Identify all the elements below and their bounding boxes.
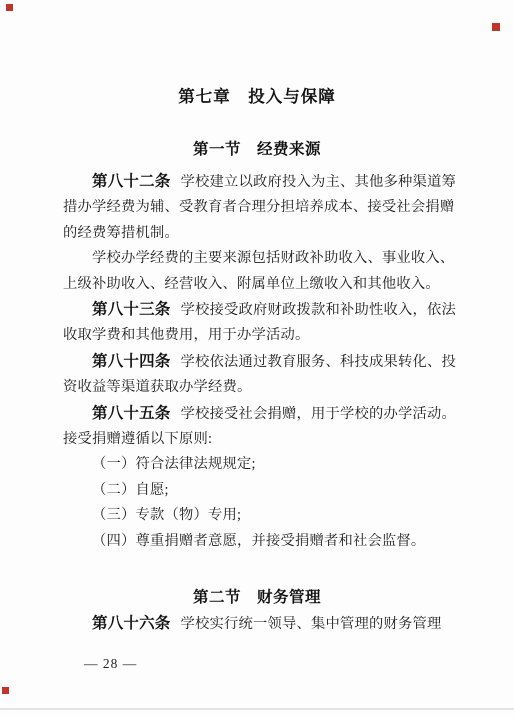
article-number: 第八十六条 [92, 615, 171, 632]
body-line: 第八十二条学校建立以政府投入为主、其他多种渠道筹 [63, 169, 458, 195]
line-text: 学校接受社会捐赠，用于学校的办学活动。 [181, 406, 456, 422]
line-text: 学校建立以政府投入为主、其他多种渠道筹 [181, 174, 456, 190]
red-scan-mark [6, 4, 13, 11]
body-line: 资收益等渠道获取办学经费。 [63, 375, 458, 400]
line-text: 学校办学经费的主要来源包括财政补助收入、事业收入、 [92, 250, 454, 266]
body-line: （三）专款（物）专用; [63, 503, 458, 528]
body-line: 第八十三条学校接受政府财政拨款和补助性收入，依法 [63, 297, 458, 323]
document-page: 第七章 投入与保障 第一节 经费来源 第八十二条学校建立以政府投入为主、其他多种… [0, 0, 514, 716]
line-text: （二）自愿; [92, 482, 169, 498]
body-text-block: 第八十二条学校建立以政府投入为主、其他多种渠道筹 措办学经费为辅、受教育者合理分… [63, 169, 458, 554]
section-heading-1: 第一节 经费来源 [0, 140, 514, 160]
body-line: （四）尊重捐赠者意愿，并接受捐赠者和社会监督。 [63, 529, 458, 554]
line-text: 资收益等渠道获取办学经费。 [63, 379, 251, 395]
line-text: （三）专款（物）专用; [92, 507, 241, 523]
page-number: — 28 — [84, 656, 137, 672]
body-line: （二）自愿; [63, 478, 458, 503]
line-text: 学校实行统一领导、集中管理的财务管理 [181, 616, 442, 632]
line-text: （四）尊重捐赠者意愿，并接受捐赠者和社会监督。 [92, 533, 425, 549]
red-scan-mark [492, 23, 500, 31]
line-text: 学校依法通过教育服务、科技成果转化、投 [181, 354, 456, 370]
line-text: 接受捐赠遵循以下原则: [63, 431, 212, 447]
body-line: 收取学费和其他费用，用于办学活动。 [63, 323, 458, 348]
article-number: 第八十四条 [92, 353, 171, 370]
body-line: 第八十五条学校接受社会捐赠，用于学校的办学活动。 [63, 401, 458, 427]
article-number: 第八十二条 [92, 173, 171, 190]
line-text: 的经费筹措机制。 [63, 225, 179, 241]
body-line: 第八十六条学校实行统一领导、集中管理的财务管理 [63, 611, 458, 637]
line-text: 收取学费和其他费用，用于办学活动。 [63, 327, 309, 343]
article-number: 第八十三条 [92, 301, 171, 318]
body-text-block: 第八十六条学校实行统一领导、集中管理的财务管理 [63, 611, 458, 637]
page-edge-shadow [0, 708, 514, 710]
section-heading-2: 第二节 财务管理 [0, 588, 514, 608]
line-text: 上级补助收入、经营收入、附属单位上缴收入和其他收入。 [63, 276, 440, 292]
red-scan-mark [2, 687, 9, 694]
body-line: （一）符合法律法规规定; [63, 452, 458, 477]
line-text: 措办学经费为辅、受教育者合理分担培养成本、接受社会捐赠 [63, 199, 454, 215]
article-number: 第八十五条 [92, 405, 171, 422]
line-text: （一）符合法律法规规定; [92, 456, 256, 472]
chapter-heading: 第七章 投入与保障 [0, 87, 514, 107]
line-text: 学校接受政府财政拨款和补助性收入，依法 [181, 302, 456, 318]
body-line: 接受捐赠遵循以下原则: [63, 427, 458, 452]
body-line: 第八十四条学校依法通过教育服务、科技成果转化、投 [63, 349, 458, 375]
body-line: 学校办学经费的主要来源包括财政补助收入、事业收入、 [63, 246, 458, 271]
body-line: 措办学经费为辅、受教育者合理分担培养成本、接受社会捐赠 [63, 195, 458, 220]
body-line: 上级补助收入、经营收入、附属单位上缴收入和其他收入。 [63, 272, 458, 297]
body-line: 的经费筹措机制。 [63, 221, 458, 246]
